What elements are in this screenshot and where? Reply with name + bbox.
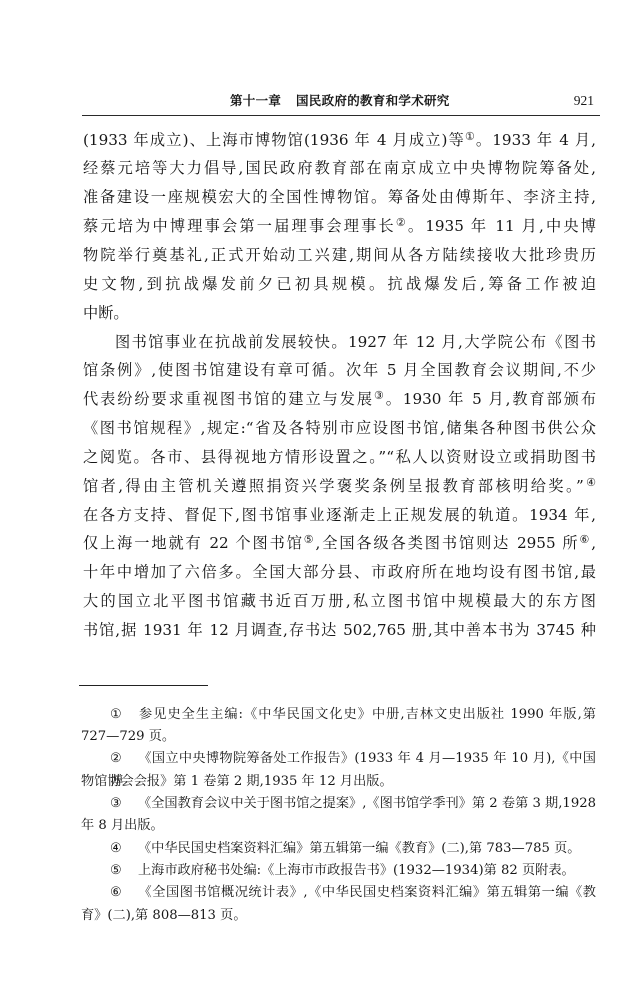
text-run: (1933 年成立)、上海市博物馆(1936 年 4 月成立)等	[83, 131, 465, 149]
footnote-line: 年 8 月出版。	[81, 815, 596, 837]
footnote-marker: ⑤	[110, 860, 138, 882]
chapter-title: 国民政府的教育和学术研究	[296, 92, 450, 110]
footnote-text: 《全国图书馆概况统计表》,《中华民国史档案资料汇编》第五辑第一编《教	[138, 885, 596, 900]
footnote-line: 物馆协会会报》第 1 卷第 2 期,1935 年 12 月出版。	[81, 771, 596, 793]
footnote-ref: ⑥	[579, 533, 591, 546]
body-line: 馆者,得由主管机关遵照捐资兴学褒奖条例呈报教育部核明给奖。”④	[83, 472, 596, 501]
footnote-text: 年 8 月出版。	[81, 818, 164, 833]
body-line: 十年中增加了六倍多。全国大部分县、市政府所在地均设有图书馆,最	[83, 558, 596, 587]
footnote-text: 物馆协会会报》第 1 卷第 2 期,1935 年 12 月出版。	[81, 774, 393, 789]
body-line: 馆条例》,使图书馆建设有章可循。次年 5 月全国教育会议期间,不少	[83, 356, 596, 385]
paragraph-first-line: 图书馆事业在抗战前发展较快。1927 年 12 月,大学院公布《图书	[83, 328, 596, 357]
footnote-separator	[79, 685, 208, 686]
text-run: 《图书馆规程》,规定:“省及各特别市应设图书馆,储集各种图书供公众	[83, 419, 596, 437]
footnote-line: ⑥《全国图书馆概况统计表》,《中华民国史档案资料汇编》第五辑第一编《教	[81, 882, 596, 904]
footnote-line: ④《中华民国史档案资料汇编》第五辑第一编《教育》(二),第 783—785 页。	[81, 838, 596, 860]
body-line: 经蔡元培等大力倡导,国民政府教育部在南京成立中央博物院筹备处,	[83, 154, 596, 183]
body-line: 之阅览。各市、县得视地方情形设置之。”“私人以资财设立或捐助图书	[83, 443, 596, 472]
body-line: 物院举行奠基礼,正式开始动工兴建,期间从各方陆续接收大批珍贵历	[83, 241, 596, 270]
footnote-text: 《中华民国史档案资料汇编》第五辑第一编《教育》(二),第 783—785 页。	[138, 841, 580, 856]
body-line: (1933 年成立)、上海市博物馆(1936 年 4 月成立)等①。1933 年…	[83, 126, 596, 155]
text-run: 之阅览。各市、县得视地方情形设置之。”“私人以资财设立或捐助图书	[83, 448, 596, 466]
footnote-text: 参见史全生主编:《中华民国文化史》中册,吉林文史出版社 1990 年版,第	[138, 707, 596, 722]
footnote-ref: ④	[584, 476, 596, 489]
footnote-ref: ⑤	[304, 533, 316, 546]
text-run: 蔡元培为中博理事会第一届理事会理事长	[83, 217, 396, 235]
body-line: 大的国立北平图书馆藏书近百万册,私立图书馆中规模最大的东方图	[83, 587, 596, 616]
footnote-text: 上海市政府秘书处编:《上海市市政报告书》(1932—1934)第 82 页附表。	[138, 863, 575, 878]
body-line: 史文物,到抗战爆发前夕已初具规模。抗战爆发后,筹备工作被迫	[83, 270, 596, 299]
footnote-text: 育》(二),第 808—813 页。	[81, 908, 247, 923]
header-rule	[82, 115, 600, 116]
footnote-marker: ①	[110, 704, 138, 726]
body-line: 代表纷纷要求重视图书馆的建立与发展③。1930 年 5 月,教育部颁布	[83, 385, 596, 414]
body-line: 蔡元培为中博理事会第一届理事会理事长②。1935 年 11 月,中央博	[83, 212, 596, 241]
text-run: 准备建设一座规模宏大的全国性博物馆。筹备处由傅斯年、李济主持,	[83, 188, 596, 206]
footnote-marker: ④	[110, 838, 138, 860]
footnote-line: 727—729 页。	[81, 726, 596, 748]
footnote-line: ⑤上海市政府秘书处编:《上海市市政报告书》(1932—1934)第 82 页附表…	[81, 860, 596, 882]
footnote-ref: ①	[465, 130, 476, 143]
page-number: 921	[570, 92, 594, 110]
text-run: ,	[591, 534, 596, 552]
text-run: 馆者,得由主管机关遵照捐资兴学褒奖条例呈报教育部核明给奖。”	[83, 477, 584, 495]
footnote-line: ③《全国教育会议中关于图书馆之提案》,《图书馆学季刊》第 2 卷第 3 期,19…	[81, 793, 596, 815]
text-run: 。1933 年 4 月,	[476, 131, 596, 149]
footnote-text: 727—729 页。	[81, 729, 175, 744]
footnote-text: 《全国教育会议中关于图书馆之提案》,《图书馆学季刊》第 2 卷第 3 期,192…	[138, 796, 596, 811]
footnote-line: ①参见史全生主编:《中华民国文化史》中册,吉林文史出版社 1990 年版,第	[81, 704, 596, 726]
footnote-marker: ②	[110, 748, 138, 770]
text-run: 在各方支持、督促下,图书馆事业逐渐走上正规发展的轨道。1934 年,	[83, 506, 596, 524]
chapter-number: 第十一章	[230, 92, 281, 110]
text-run: 经蔡元培等大力倡导,国民政府教育部在南京成立中央博物院筹备处,	[83, 159, 596, 177]
body-line: 在各方支持、督促下,图书馆事业逐渐走上正规发展的轨道。1934 年,	[83, 501, 596, 530]
running-head: 第十一章 国民政府的教育和学术研究 921	[0, 92, 644, 110]
body-line: 书馆,据 1931 年 12 月调查,存书达 502,765 册,其中善本书为 …	[83, 616, 596, 645]
body-line: 准备建设一座规模宏大的全国性博物馆。筹备处由傅斯年、李济主持,	[83, 183, 596, 212]
text-run: 。1930 年 5 月,教育部颁布	[386, 390, 596, 408]
text-run: 。1935 年 11 月,中央博	[408, 217, 596, 235]
body-line: 《图书馆规程》,规定:“省及各特别市应设图书馆,储集各种图书供公众	[83, 414, 596, 443]
text-run: 馆条例》,使图书馆建设有章可循。次年 5 月全国教育会议期间,不少	[83, 361, 596, 379]
text-run: 书馆,据 1931 年 12 月调查,存书达 502,765 册,其中善本书为 …	[83, 621, 596, 639]
text-run: 代表纷纷要求重视图书馆的建立与发展	[83, 390, 374, 408]
text-run: 十年中增加了六倍多。全国大部分县、市政府所在地均设有图书馆,最	[83, 563, 596, 581]
footnotes: ①参见史全生主编:《中华民国文化史》中册,吉林文史出版社 1990 年版,第72…	[81, 704, 596, 927]
footnote-ref: ②	[396, 216, 408, 229]
footnote-marker: ⑥	[110, 882, 138, 904]
body-line: 仅上海一地就有 22 个图书馆⑤,全国各级各类图书馆则达 2955 所⑥,	[83, 529, 596, 558]
text-run: 物院举行奠基礼,正式开始动工兴建,期间从各方陆续接收大批珍贵历	[83, 246, 596, 264]
footnote-ref: ③	[374, 389, 386, 402]
footnote-line: 育》(二),第 808—813 页。	[81, 905, 596, 927]
text-run: 大的国立北平图书馆藏书近百万册,私立图书馆中规模最大的东方图	[83, 592, 596, 610]
footnote-line: ②《国立中央博物院筹备处工作报告》(1933 年 4 月—1935 年 10 月…	[81, 748, 596, 770]
text-run: 仅上海一地就有 22 个图书馆	[83, 534, 304, 552]
text-run: 中断。	[83, 304, 129, 322]
body-text: (1933 年成立)、上海市博物馆(1936 年 4 月成立)等①。1933 年…	[83, 126, 596, 645]
text-run: 图书馆事业在抗战前发展较快。1927 年 12 月,大学院公布《图书	[115, 333, 596, 351]
body-line: 中断。	[83, 299, 596, 328]
text-run: ,全国各级各类图书馆则达 2955 所	[316, 534, 580, 552]
text-run: 史文物,到抗战爆发前夕已初具规模。抗战爆发后,筹备工作被迫	[83, 275, 596, 293]
footnote-marker: ③	[110, 793, 138, 815]
